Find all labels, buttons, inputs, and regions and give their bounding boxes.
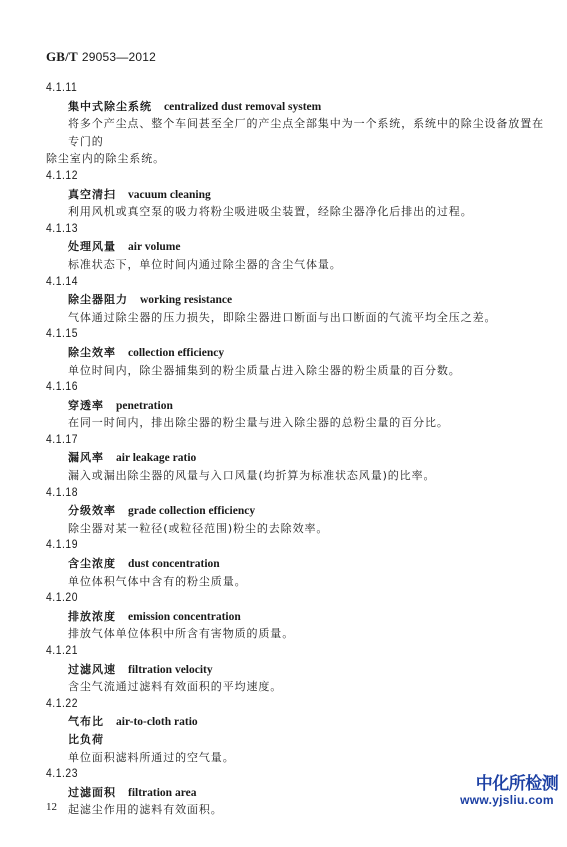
term-en: air-to-cloth ratio <box>116 716 198 728</box>
entry-number: 4.1.17 <box>46 432 496 450</box>
entry-term: 排放浓度emission concentration <box>46 608 546 626</box>
term-en: grade collection efficiency <box>128 505 255 517</box>
term-en: penetration <box>116 400 173 412</box>
entry-definition: 排放气体单位体积中所含有害物质的质量。 <box>46 625 546 643</box>
entry-definition: 利用风机或真空泵的吸力将粉尘吸进吸尘装置，经除尘器净化后排出的过程。 <box>46 203 546 221</box>
watermark: 中化所检测 www.yjsliu.com <box>462 775 567 807</box>
entry-definition: 将多个产尘点、整个车间甚至全厂的产尘点全部集中为一个系统，系统中的除尘设备放置在… <box>46 115 546 150</box>
entry-number: 4.1.16 <box>46 379 496 397</box>
entry-definition: 在同一时间内，排出除尘器的粉尘量与进入除尘器的总粉尘量的百分比。 <box>46 414 546 432</box>
term-zh: 排放浓度 <box>68 610 116 623</box>
term-en: vacuum cleaning <box>128 189 211 201</box>
entry-definition: 单位体积气体中含有的粉尘质量。 <box>46 573 546 591</box>
term-zh: 穿透率 <box>68 399 104 412</box>
term-en: air volume <box>128 241 181 253</box>
watermark-url: www.yjsliu.com <box>442 793 567 807</box>
term-entry-4-1-14: 4.1.14 除尘器阻力working resistance 气体通过除尘器的压… <box>46 274 546 327</box>
term-en: dust concentration <box>128 558 220 570</box>
entry-term: 穿透率penetration <box>46 397 546 415</box>
entry-term: 除尘效率collection efficiency <box>46 344 546 362</box>
term-en: filtration velocity <box>128 664 213 676</box>
term-entry-4-1-19: 4.1.19 含尘浓度dust concentration 单位体积气体中含有的… <box>46 537 546 590</box>
standard-header: GB/T 29053—2012 <box>46 49 156 65</box>
term-zh: 除尘效率 <box>68 346 116 359</box>
entry-definition: 单位面积滤料所通过的空气量。 <box>46 749 546 767</box>
entry-term: 真空清扫vacuum cleaning <box>46 186 546 204</box>
entry-definition-continued: 除尘室内的除尘系统。 <box>46 150 546 168</box>
term-en: air leakage ratio <box>116 452 196 464</box>
term-zh: 漏风率 <box>68 451 104 464</box>
entry-number: 4.1.21 <box>46 643 496 661</box>
term-entry-4-1-16: 4.1.16 穿透率penetration 在同一时间内，排出除尘器的粉尘量与进… <box>46 379 546 432</box>
document-page: GB/T 29053—2012 4.1.11 集中式除尘系统centralize… <box>0 0 567 847</box>
term-entry-4-1-22: 4.1.22 气布比air-to-cloth ratio 比负荷 单位面积滤料所… <box>46 696 546 766</box>
entry-number: 4.1.22 <box>46 696 496 714</box>
entry-number: 4.1.13 <box>46 221 496 239</box>
entry-term: 气布比air-to-cloth ratio <box>46 713 546 731</box>
term-en: centralized dust removal system <box>164 101 321 113</box>
entry-term: 过滤风速filtration velocity <box>46 661 546 679</box>
term-zh: 分级效率 <box>68 504 116 517</box>
term-entry-4-1-17: 4.1.17 漏风率air leakage ratio 漏入或漏出除尘器的风量与… <box>46 432 546 485</box>
term-entry-4-1-13: 4.1.13 处理风量air volume 标准状态下，单位时间内通过除尘器的含… <box>46 221 546 274</box>
entry-definition: 标准状态下，单位时间内通过除尘器的含尘气体量。 <box>46 256 546 274</box>
entry-definition: 含尘气流通过滤料有效面积的平均速度。 <box>46 678 546 696</box>
term-en: emission concentration <box>128 611 241 623</box>
entry-term: 集中式除尘系统centralized dust removal system <box>46 98 546 116</box>
term-en: working resistance <box>140 294 232 306</box>
term-en: collection efficiency <box>128 347 224 359</box>
term-entry-4-1-12: 4.1.12 真空清扫vacuum cleaning 利用风机或真空泵的吸力将粉… <box>46 168 546 221</box>
entry-synonym: 比负荷 <box>46 731 546 749</box>
term-zh: 集中式除尘系统 <box>68 100 152 113</box>
term-entries: 4.1.11 集中式除尘系统centralized dust removal s… <box>46 80 546 819</box>
entry-definition: 气体通过除尘器的压力损失，即除尘器进口断面与出口断面的气流平均全压之差。 <box>46 309 546 327</box>
entry-number: 4.1.18 <box>46 485 496 503</box>
entry-number: 4.1.11 <box>46 80 496 98</box>
entry-definition: 单位时间内，除尘器捕集到的粉尘质量占进入除尘器的粉尘质量的百分数。 <box>46 362 546 380</box>
entry-number: 4.1.20 <box>46 590 496 608</box>
page-number: 12 <box>46 801 57 813</box>
standard-number: 29053—2012 <box>82 50 156 64</box>
term-entry-4-1-21: 4.1.21 过滤风速filtration velocity 含尘气流通过滤料有… <box>46 643 546 696</box>
entry-number: 4.1.14 <box>46 274 496 292</box>
watermark-title: 中化所检测 <box>462 775 567 793</box>
term-entry-4-1-18: 4.1.18 分级效率grade collection efficiency 除… <box>46 485 546 538</box>
entry-term: 处理风量air volume <box>46 238 546 256</box>
term-zh: 处理风量 <box>68 240 116 253</box>
entry-definition: 除尘器对某一粒径(或粒径范围)粉尘的去除效率。 <box>46 520 546 538</box>
entry-term: 分级效率grade collection efficiency <box>46 502 546 520</box>
term-zh: 除尘器阻力 <box>68 293 128 306</box>
term-zh: 气布比 <box>68 715 104 728</box>
entry-term: 含尘浓度dust concentration <box>46 555 546 573</box>
entry-term: 除尘器阻力working resistance <box>46 291 546 309</box>
term-entry-4-1-11: 4.1.11 集中式除尘系统centralized dust removal s… <box>46 80 546 168</box>
entry-term: 漏风率air leakage ratio <box>46 449 546 467</box>
term-zh: 真空清扫 <box>68 188 116 201</box>
entry-number: 4.1.19 <box>46 537 496 555</box>
entry-number: 4.1.23 <box>46 766 496 784</box>
term-zh: 过滤面积 <box>68 786 116 799</box>
term-zh: 过滤风速 <box>68 663 116 676</box>
term-entry-4-1-20: 4.1.20 排放浓度emission concentration 排放气体单位… <box>46 590 546 643</box>
standard-prefix: GB/T <box>46 49 78 64</box>
entry-number: 4.1.12 <box>46 168 496 186</box>
term-entry-4-1-15: 4.1.15 除尘效率collection efficiency 单位时间内，除… <box>46 326 546 379</box>
entry-definition: 漏入或漏出除尘器的风量与入口风量(均折算为标准状态风量)的比率。 <box>46 467 546 485</box>
term-en: filtration area <box>128 787 196 799</box>
entry-number: 4.1.15 <box>46 326 496 344</box>
term-zh: 含尘浓度 <box>68 557 116 570</box>
